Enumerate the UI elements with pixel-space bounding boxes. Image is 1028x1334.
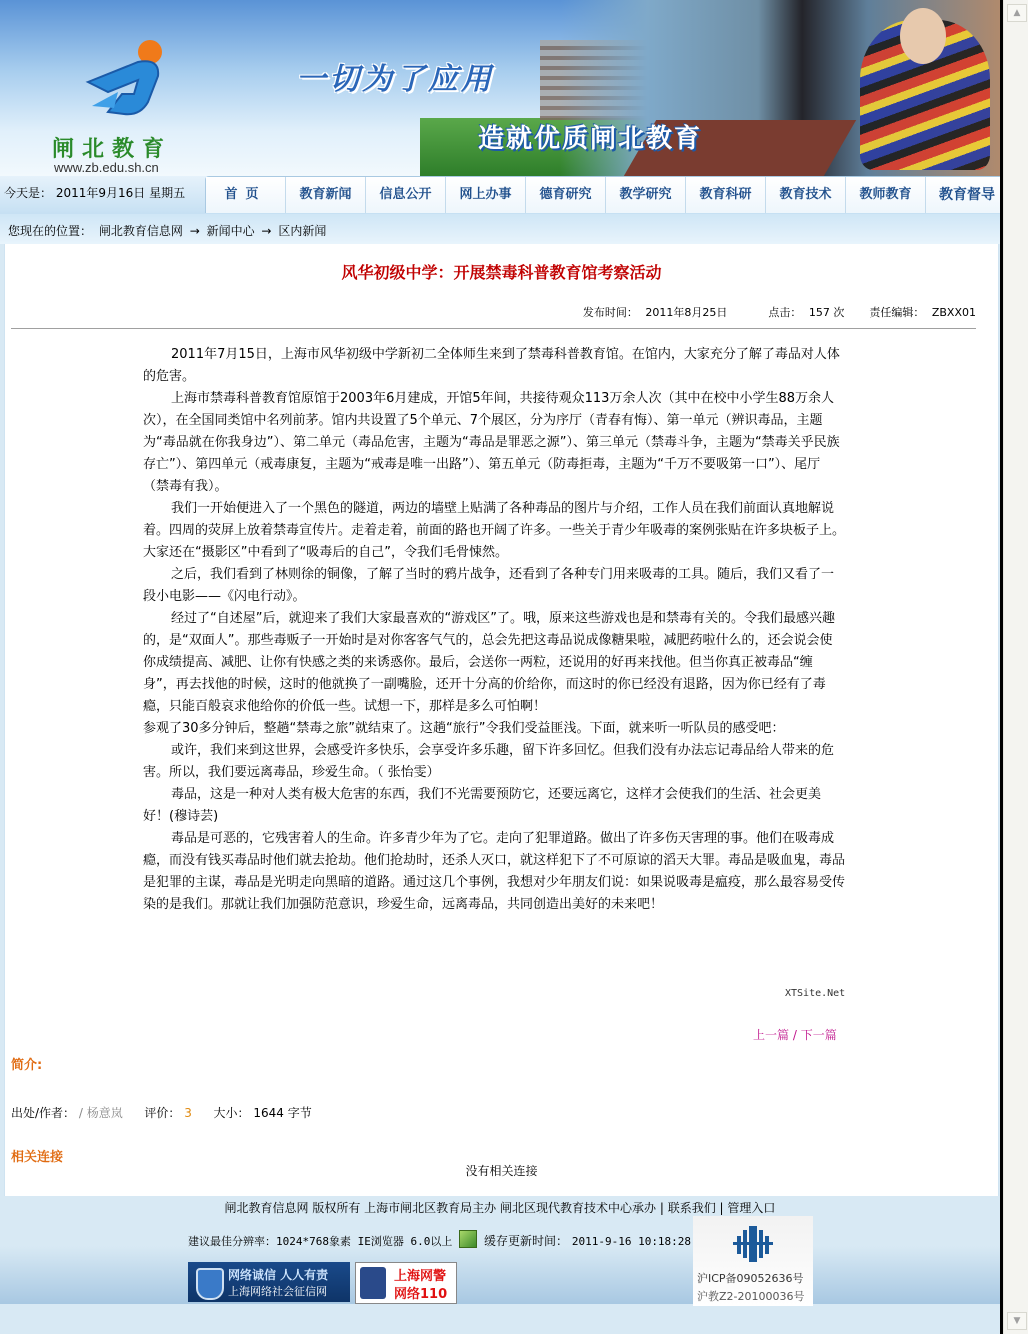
breadcrumb-item-district-news[interactable]: 区内新闻 bbox=[278, 224, 326, 238]
footer-copyright-row: 闸北教育信息网 版权所有 上海市闸北区教育局主办 闸北区现代教育技术中心承办 |… bbox=[0, 1199, 1000, 1216]
nav-tab-education-news[interactable]: 教育新闻 bbox=[286, 177, 366, 213]
prev-next-separator: / bbox=[793, 1028, 797, 1042]
article-title: 风华初级中学：开展禁毒科普教育馆考察活动 bbox=[5, 260, 998, 283]
vertical-scrollbar[interactable]: ▲ ▼ bbox=[1003, 0, 1028, 1334]
cache-label: 缓存更新时间： bbox=[484, 1234, 568, 1248]
nav-tab-teacher-edu[interactable]: 教师教育 bbox=[846, 177, 926, 213]
prev-next-links: 上一篇 / 下一篇 bbox=[753, 1026, 837, 1043]
breadcrumb: 您现在的位置： 闸北教育信息网 → 新闻中心 → 区内新闻 bbox=[8, 222, 329, 239]
paragraph: 2011年7月15日，上海市风华初级中学新初二全体师生来到了禁毒科普教育馆。在馆… bbox=[143, 344, 845, 388]
contact-us-link[interactable]: 联系我们 bbox=[668, 1201, 716, 1215]
nav-tab-moral-research[interactable]: 德育研究 bbox=[526, 177, 606, 213]
credit-network-badge[interactable]: 网络诚信 人人有责 上海网络社会征信网 bbox=[188, 1262, 350, 1302]
paragraph: 我们一开始便进入了一个黑色的隧道，两边的墙壁上贴满了各种毒品的图片与介绍，工作人… bbox=[143, 498, 845, 564]
article-info-row: 出处/作者： / 杨意岚 评价： 3 大小： 1644 字节 bbox=[11, 1104, 312, 1121]
banner-dancer-face bbox=[900, 8, 946, 64]
credit-badge-line1: 网络诚信 人人有责 bbox=[228, 1266, 328, 1283]
paragraph: 毒品，这是一种对人类有极大危害的东西，我们不光需要预防它，还要远离它，这样才会使… bbox=[143, 784, 845, 828]
nav-tab-teaching-research[interactable]: 教学研究 bbox=[606, 177, 686, 213]
nav-tab-online-services[interactable]: 网上办事 bbox=[446, 177, 526, 213]
nav-tab-home[interactable]: 首页 bbox=[206, 177, 286, 213]
breadcrumb-item-home[interactable]: 闸北教育信息网 bbox=[99, 224, 183, 238]
paragraph: 参观了30多分钟后，整趟“禁毒之旅”就结束了。这趟“旅行”令我们受益匪浅。下面，… bbox=[143, 718, 845, 740]
credit-badge-line2: 上海网络社会征信网 bbox=[228, 1283, 327, 1299]
clicks-label: 点击： bbox=[768, 306, 801, 319]
police-110-badge[interactable]: 上海网警 网络110 bbox=[355, 1262, 457, 1304]
author-label: 出处/作者： bbox=[11, 1106, 75, 1120]
publish-label: 发布时间： bbox=[583, 306, 638, 319]
next-article-link[interactable]: 下一篇 bbox=[801, 1028, 837, 1042]
breadcrumb-bar: 您现在的位置： 闸北教育信息网 → 新闻中心 → 区内新闻 bbox=[0, 214, 1000, 244]
resolution-text: 建议最佳分辨率：1024*768象素 IE浏览器 6.0以上 bbox=[188, 1235, 452, 1248]
nav-tab-info-disclosure[interactable]: 信息公开 bbox=[366, 177, 446, 213]
police-badge-line1: 上海网警 bbox=[394, 1265, 446, 1284]
icp-building-icon bbox=[733, 1226, 773, 1262]
police-booth-icon bbox=[360, 1267, 386, 1299]
scroll-down-arrow-icon[interactable]: ▼ bbox=[1007, 1312, 1027, 1330]
scroll-up-arrow-icon[interactable]: ▲ bbox=[1007, 4, 1027, 22]
slogan-bottom: 造就优质闸北教育 bbox=[478, 118, 702, 155]
paragraph: 之后，我们看到了林则徐的铜像，了解了当时的鸦片战争，还看到了各种专门用来吸毒的工… bbox=[143, 564, 845, 608]
shield-icon bbox=[196, 1268, 224, 1300]
article-body: 2011年7月15日，上海市风华初级中学新初二全体师生来到了禁毒科普教育馆。在馆… bbox=[143, 344, 845, 916]
clicks-count: 157 次 bbox=[809, 306, 845, 319]
paragraph: 或许，我们来到这世界，会感受许多快乐，会享受许多乐趣，留下许多回忆。但我们没有办… bbox=[143, 740, 845, 784]
page: 闸北教育 www.zb.edu.sh.cn 一切为了应用 造就优质闸北教育 今天… bbox=[0, 0, 1000, 1334]
copyright-text: 闸北教育信息网 版权所有 上海市闸北区教育局主办 闸北区现代教育技术中心承办 bbox=[225, 1201, 656, 1215]
rating-label: 评价： bbox=[144, 1106, 180, 1120]
rating-value: 3 bbox=[184, 1106, 192, 1120]
icp-badge[interactable]: 沪ICP备09052636号 沪教Z2-20100036号 bbox=[693, 1216, 813, 1306]
size-label: 大小： bbox=[214, 1106, 250, 1120]
no-related-links: 没有相关连接 bbox=[5, 1162, 998, 1179]
navbar: 今天是： 2011年9月16日 星期五 首页 教育新闻 信息公开 网上办事 德育… bbox=[0, 176, 1000, 216]
today-date: 今天是： 2011年9月16日 星期五 bbox=[4, 184, 185, 201]
icp-number: 沪ICP备09052636号 bbox=[697, 1270, 804, 1286]
prev-article-link[interactable]: 上一篇 bbox=[753, 1028, 789, 1042]
breadcrumb-arrow-icon: → bbox=[190, 224, 200, 238]
nav-tab-edu-supervision[interactable]: 教育督导 bbox=[926, 177, 1000, 213]
footer-separator: | bbox=[660, 1201, 664, 1215]
slogan-top: 一切为了应用 bbox=[296, 54, 494, 98]
paragraph: 经过了“自述屋”后，就迎来了我们大家最喜欢的“游戏区”了。哦，原来这些游戏也是和… bbox=[143, 608, 845, 718]
main-nav: 首页 教育新闻 信息公开 网上办事 德育研究 教学研究 教育科研 教育技术 教师… bbox=[205, 176, 1000, 213]
breadcrumb-item-news-center[interactable]: 新闻中心 bbox=[207, 224, 255, 238]
author-value: / 杨意岚 bbox=[79, 1106, 123, 1120]
editor-value: ZBXX01 bbox=[932, 306, 976, 319]
size-value: 1644 字节 bbox=[253, 1106, 311, 1120]
footer: 闸北教育信息网 版权所有 上海市闸北区教育局主办 闸北区现代教育技术中心承办 |… bbox=[0, 1196, 1000, 1334]
breadcrumb-prefix: 您现在的位置： bbox=[8, 224, 92, 238]
header-banner: 闸北教育 www.zb.edu.sh.cn 一切为了应用 造就优质闸北教育 bbox=[0, 0, 1000, 176]
paragraph: 上海市禁毒科普教育馆原馆于2003年6月建成，开馆5年间，共接待观众113万余人… bbox=[143, 388, 845, 498]
admin-entry-link[interactable]: 管理入口 bbox=[727, 1201, 775, 1215]
paragraph: 毒品是可恶的，它残害着人的生命。许多青少年为了它。走向了犯罪道路。做出了许多伤天… bbox=[143, 828, 845, 916]
article-meta: 发布时间： 2011年8月25日 点击： 157 次 责任编辑： ZBXX01 bbox=[579, 304, 976, 320]
refresh-icon[interactable] bbox=[459, 1230, 477, 1248]
logo-icon bbox=[78, 36, 174, 124]
footer-separator: | bbox=[720, 1201, 724, 1215]
edu-license-number: 沪教Z2-20100036号 bbox=[697, 1288, 805, 1304]
breadcrumb-arrow-icon: → bbox=[261, 224, 271, 238]
editor-label: 责任编辑： bbox=[869, 306, 924, 319]
publish-date: 2011年8月25日 bbox=[645, 306, 727, 319]
article-panel: 风华初级中学：开展禁毒科普教育馆考察活动 发布时间： 2011年8月25日 点击… bbox=[4, 244, 999, 1196]
cache-time: 2011-9-16 10:18:28 bbox=[572, 1235, 691, 1248]
source-mark: XTSite.Net bbox=[785, 988, 845, 999]
intro-label: 简介: bbox=[11, 1054, 42, 1073]
nav-tab-edu-research[interactable]: 教育科研 bbox=[686, 177, 766, 213]
title-divider bbox=[11, 328, 976, 329]
nav-tab-edu-tech[interactable]: 教育技术 bbox=[766, 177, 846, 213]
logo-url: www.zb.edu.sh.cn bbox=[54, 160, 159, 175]
logo-name: 闸北教育 bbox=[52, 132, 172, 163]
footer-info-row: 建议最佳分辨率：1024*768象素 IE浏览器 6.0以上 缓存更新时间： 2… bbox=[188, 1230, 691, 1249]
police-badge-line2: 网络110 bbox=[394, 1283, 447, 1302]
footer-gradient bbox=[0, 1246, 1000, 1304]
